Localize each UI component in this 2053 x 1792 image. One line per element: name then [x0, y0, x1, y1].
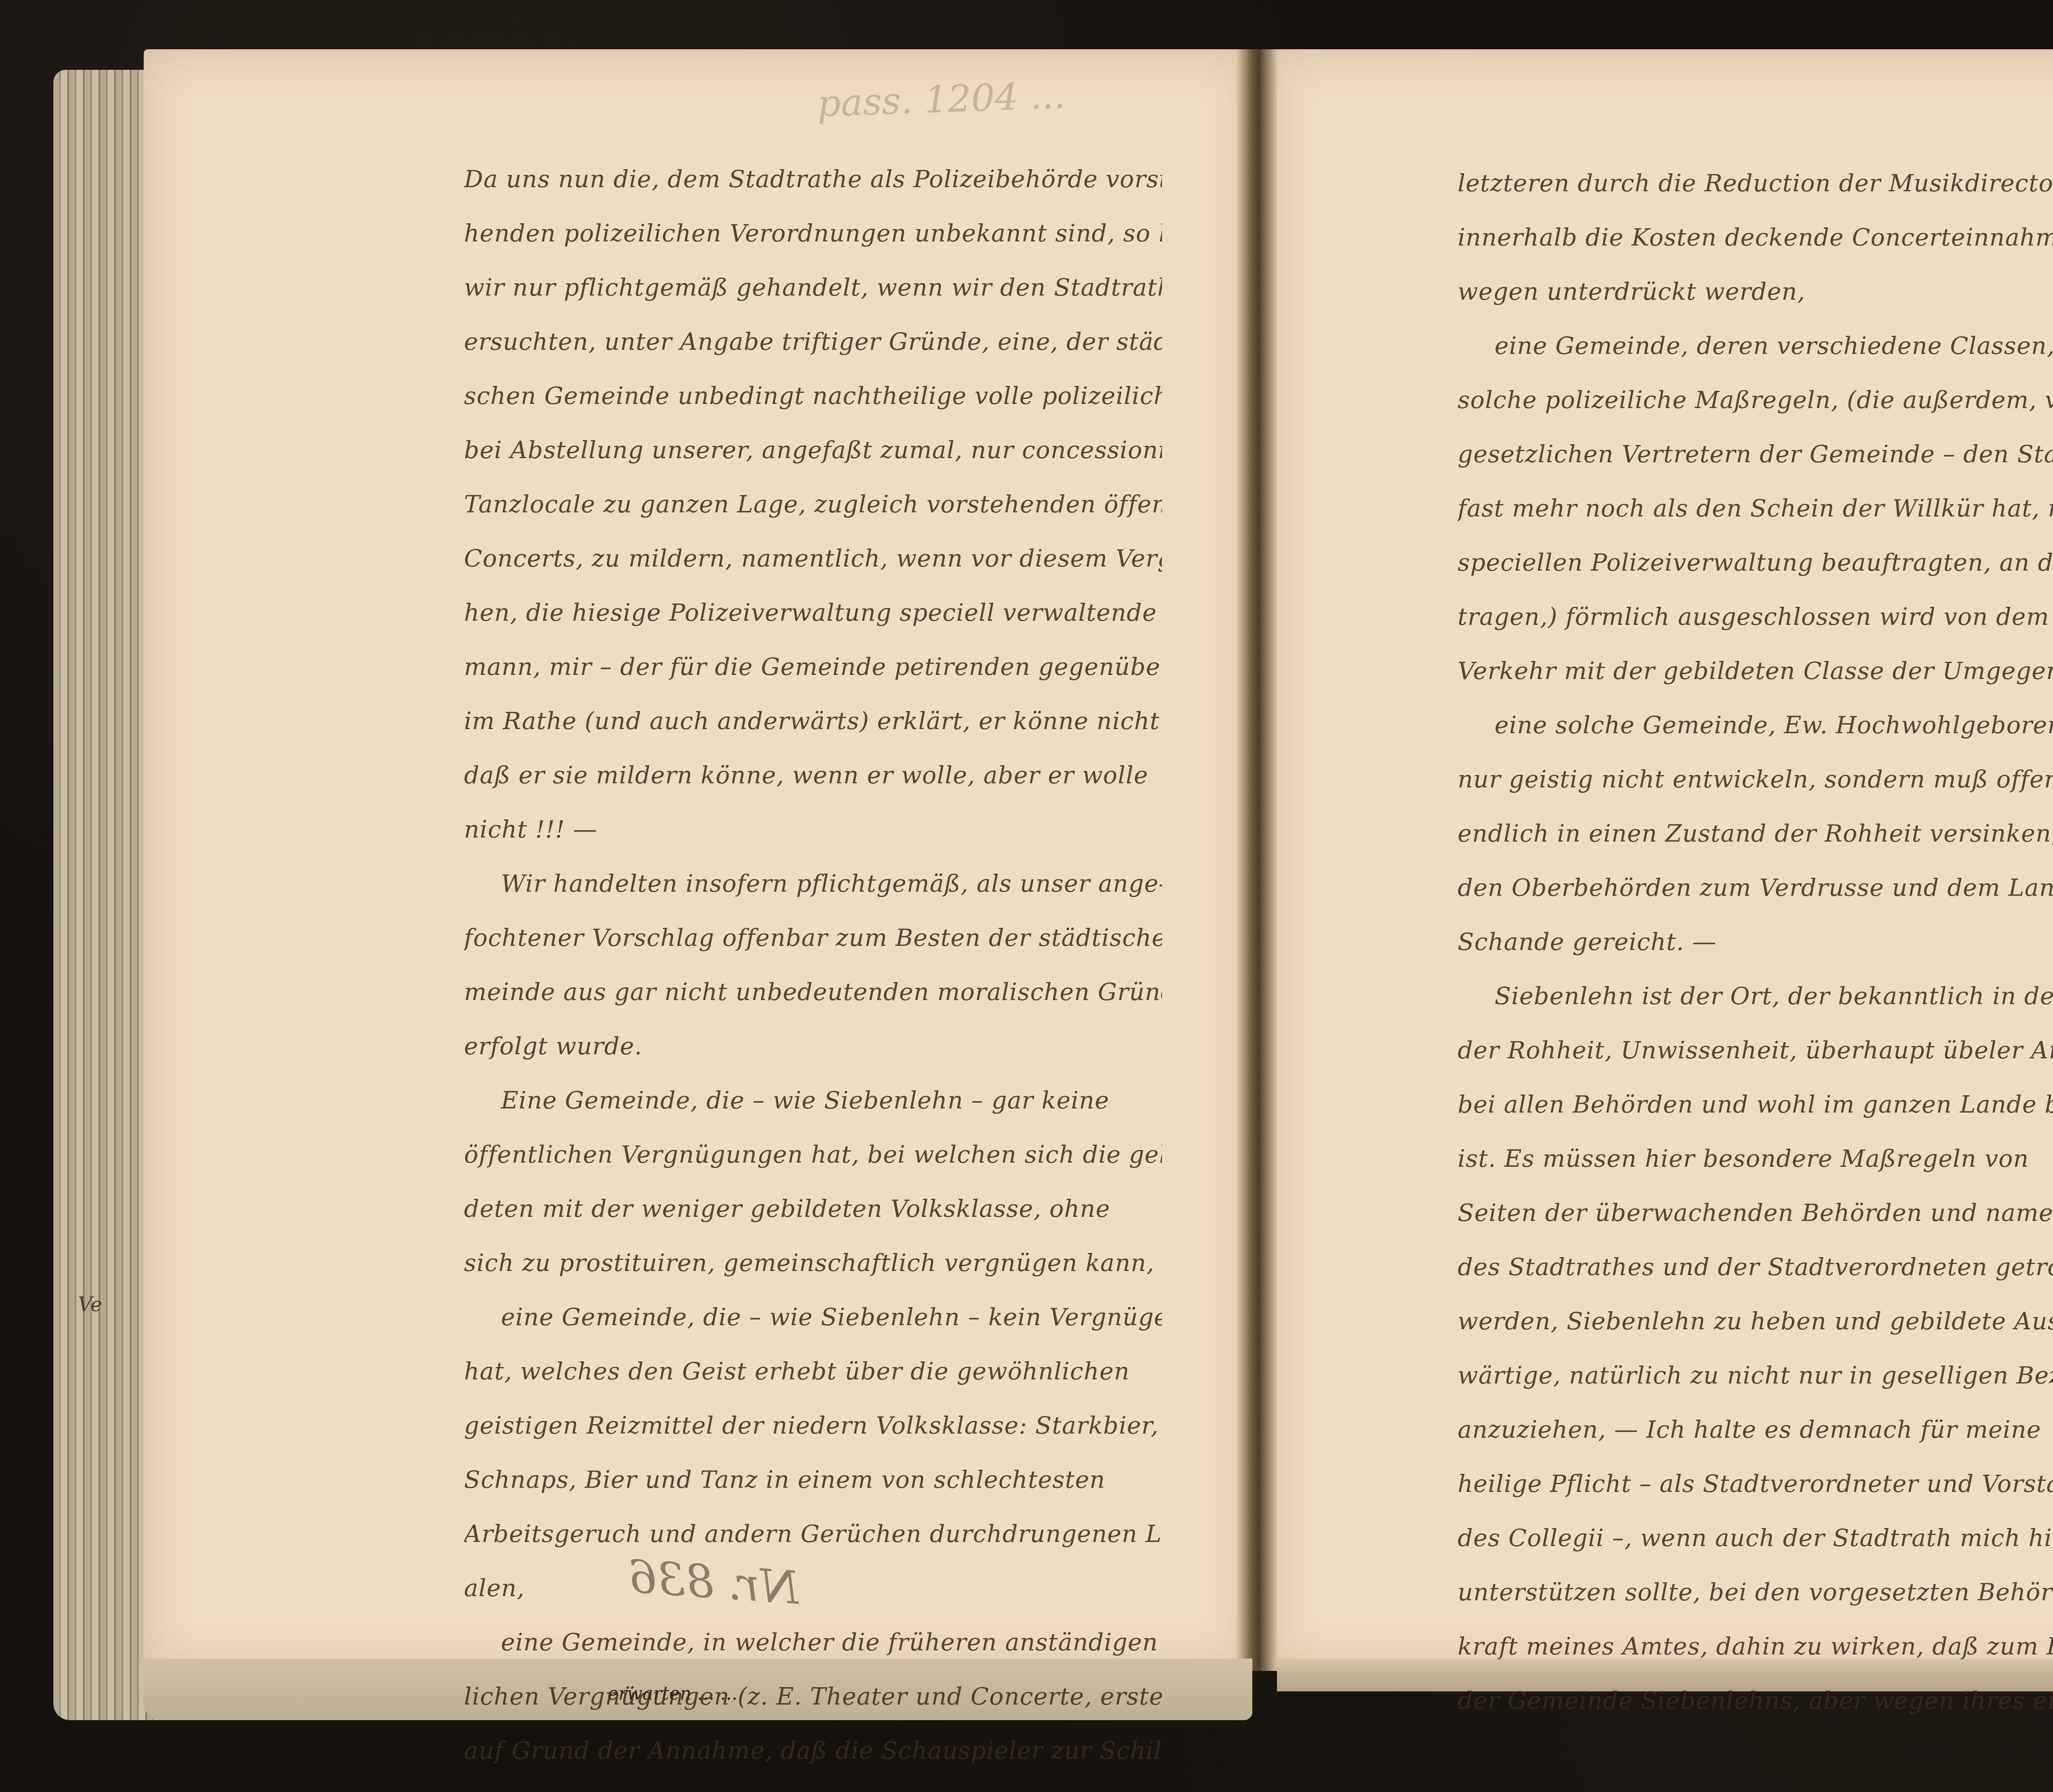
manuscript-line: Da uns nun die, dem Stadtrathe als Poliz… — [464, 152, 1162, 206]
manuscript-line: heilige Pflicht – als Stadtverordneter u… — [1458, 1457, 2053, 1511]
manuscript-line: der Rohheit, Unwissenheit, überhaupt übe… — [1458, 1023, 2053, 1077]
manuscript-line: hat, welches den Geist erhebt über die g… — [464, 1344, 1162, 1398]
manuscript-line: des Stadtrathes und der Stadtverordneten… — [1458, 1240, 2053, 1294]
manuscript-line: alen, — [464, 1561, 1162, 1615]
manuscript-line: der Gemeinde Siebenlehns, aber wegen ihr… — [1458, 1673, 2053, 1728]
manuscript-line: geistigen Reizmittel der niedern Volkskl… — [464, 1398, 1162, 1452]
manuscript-line: Concerts, zu mildern, namentlich, wenn v… — [464, 531, 1162, 585]
manuscript-line: wir nur pflichtgemäß gehandelt, wenn wir… — [464, 260, 1162, 314]
right-page-text: letzteren durch die Reduction der Musikd… — [1458, 156, 2053, 1728]
manuscript-line: im Rathe (und auch anderwärts) erklärt, … — [464, 694, 1162, 748]
manuscript-line: henden polizeilichen Verordnungen unbeka… — [464, 206, 1162, 260]
manuscript-line: letzteren durch die Reduction der Musikd… — [1458, 156, 2053, 210]
manuscript-line: ist. Es müssen hier besondere Maßregeln … — [1458, 1131, 2053, 1186]
manuscript-line: schen Gemeinde unbedingt nachtheilige vo… — [464, 369, 1162, 423]
manuscript-line: des Collegii –, wenn auch der Stadtrath … — [1458, 1511, 2053, 1565]
manuscript-line: wegen unterdrückt werden, — [1458, 264, 2053, 319]
manuscript-line: bei allen Behörden und wohl im ganzen La… — [1458, 1077, 2053, 1131]
manuscript-line: lichen Vergnügungen (z. E. Theater und C… — [464, 1669, 1162, 1723]
manuscript-line: eine Gemeinde, in welcher die früheren a… — [464, 1615, 1162, 1669]
manuscript-line: erfolgt wurde. — [464, 1019, 1162, 1073]
manuscript-line: gesetzlichen Vertretern der Gemeinde – d… — [1458, 427, 2053, 481]
manuscript-line: fast mehr noch als den Schein der Willkü… — [1458, 481, 2053, 535]
margin-note: Ve — [78, 1293, 102, 1316]
manuscript-line: ersuchten, unter Angabe triftiger Gründe… — [464, 314, 1162, 369]
manuscript-line: nur geistig nicht entwickeln, sondern mu… — [1458, 752, 2053, 806]
faint-header-text: pass. 1204 ... — [816, 73, 1066, 125]
manuscript-line: speciellen Polizeiverwaltung beauftragte… — [1458, 535, 2053, 590]
manuscript-line: mann, mir – der für die Gemeinde petiren… — [464, 640, 1162, 694]
manuscript-line: Seiten der überwachenden Behörden und na… — [1458, 1186, 2053, 1240]
manuscript-line: Schande gereicht. — — [1458, 915, 2053, 969]
manuscript-line: fochtener Vorschlag offenbar zum Besten … — [464, 911, 1162, 965]
manuscript-line: endlich in einen Zustand der Rohheit ver… — [1458, 806, 2053, 860]
manuscript-line: öffentlichen Vergnügungen hat, bei welch… — [464, 1127, 1162, 1182]
manuscript-line: daß er sie mildern könne, wenn er wolle,… — [464, 748, 1162, 802]
manuscript-line: Siebenlehn ist der Ort, der bekanntlich … — [1458, 969, 2053, 1023]
manuscript-line: meinde aus gar nicht unbedeutenden moral… — [464, 965, 1162, 1019]
manuscript-line: eine Gemeinde, die – wie Siebenlehn – ke… — [464, 1290, 1162, 1344]
manuscript-line: Schnaps, Bier und Tanz in einem von schl… — [464, 1452, 1162, 1507]
manuscript-line: eine solche Gemeinde, Ew. Hochwohlgebore… — [1458, 698, 2053, 752]
manuscript-line: kraft meines Amtes, dahin zu wirken, daß… — [1458, 1619, 2053, 1673]
manuscript-line: unterstützen sollte, bei den vorgesetzte… — [1458, 1565, 2053, 1619]
manuscript-line: Verkehr mit der gebildeten Classe der Um… — [1458, 644, 2053, 698]
manuscript-line: wärtige, natürlich zu nicht nur in gesel… — [1458, 1348, 2053, 1402]
manuscript-line: Arbeitsgeruch und andern Gerüchen durchd… — [464, 1507, 1162, 1561]
manuscript-line: bei Abstellung unserer, angefaßt zumal, … — [464, 423, 1162, 477]
manuscript-line: werden, Siebenlehn zu heben und gebildet… — [1458, 1294, 2053, 1348]
manuscript-line: tragen,) förmlich ausgeschlossen wird vo… — [1458, 590, 2053, 644]
manuscript-line: innerhalb die Kosten deckende Concertein… — [1458, 210, 2053, 264]
manuscript-line: anzuziehen, — Ich halte es demnach für m… — [1458, 1402, 2053, 1457]
manuscript-line: Eine Gemeinde, die – wie Siebenlehn – ga… — [464, 1073, 1162, 1127]
manuscript-line: den Oberbehörden zum Verdrusse und dem L… — [1458, 860, 2053, 915]
manuscript-line: deten mit der weniger gebildeten Volkskl… — [464, 1182, 1162, 1236]
manuscript-line: Wir handelten insofern pflichtgemäß, als… — [464, 856, 1162, 911]
manuscript-line: eine Gemeinde, deren verschiedene Classe… — [1458, 319, 2053, 373]
book-gutter — [1236, 49, 1277, 1671]
manuscript-line: nicht !!! — — [464, 802, 1162, 856]
manuscript-line: auf Grund der Annahme, daß die Schauspie… — [464, 1723, 1162, 1778]
manuscript-line: hen, die hiesige Polizeiverwaltung speci… — [464, 585, 1162, 640]
left-page-text: Da uns nun die, dem Stadtrathe als Poliz… — [464, 152, 1162, 1778]
manuscript-line: Tanzlocale zu ganzen Lage, zugleich vors… — [464, 477, 1162, 531]
manuscript-line: sich zu prostituiren, gemeinschaftlich v… — [464, 1236, 1162, 1290]
manuscript-line: solche polizeiliche Maßregeln, (die auße… — [1458, 373, 2053, 427]
